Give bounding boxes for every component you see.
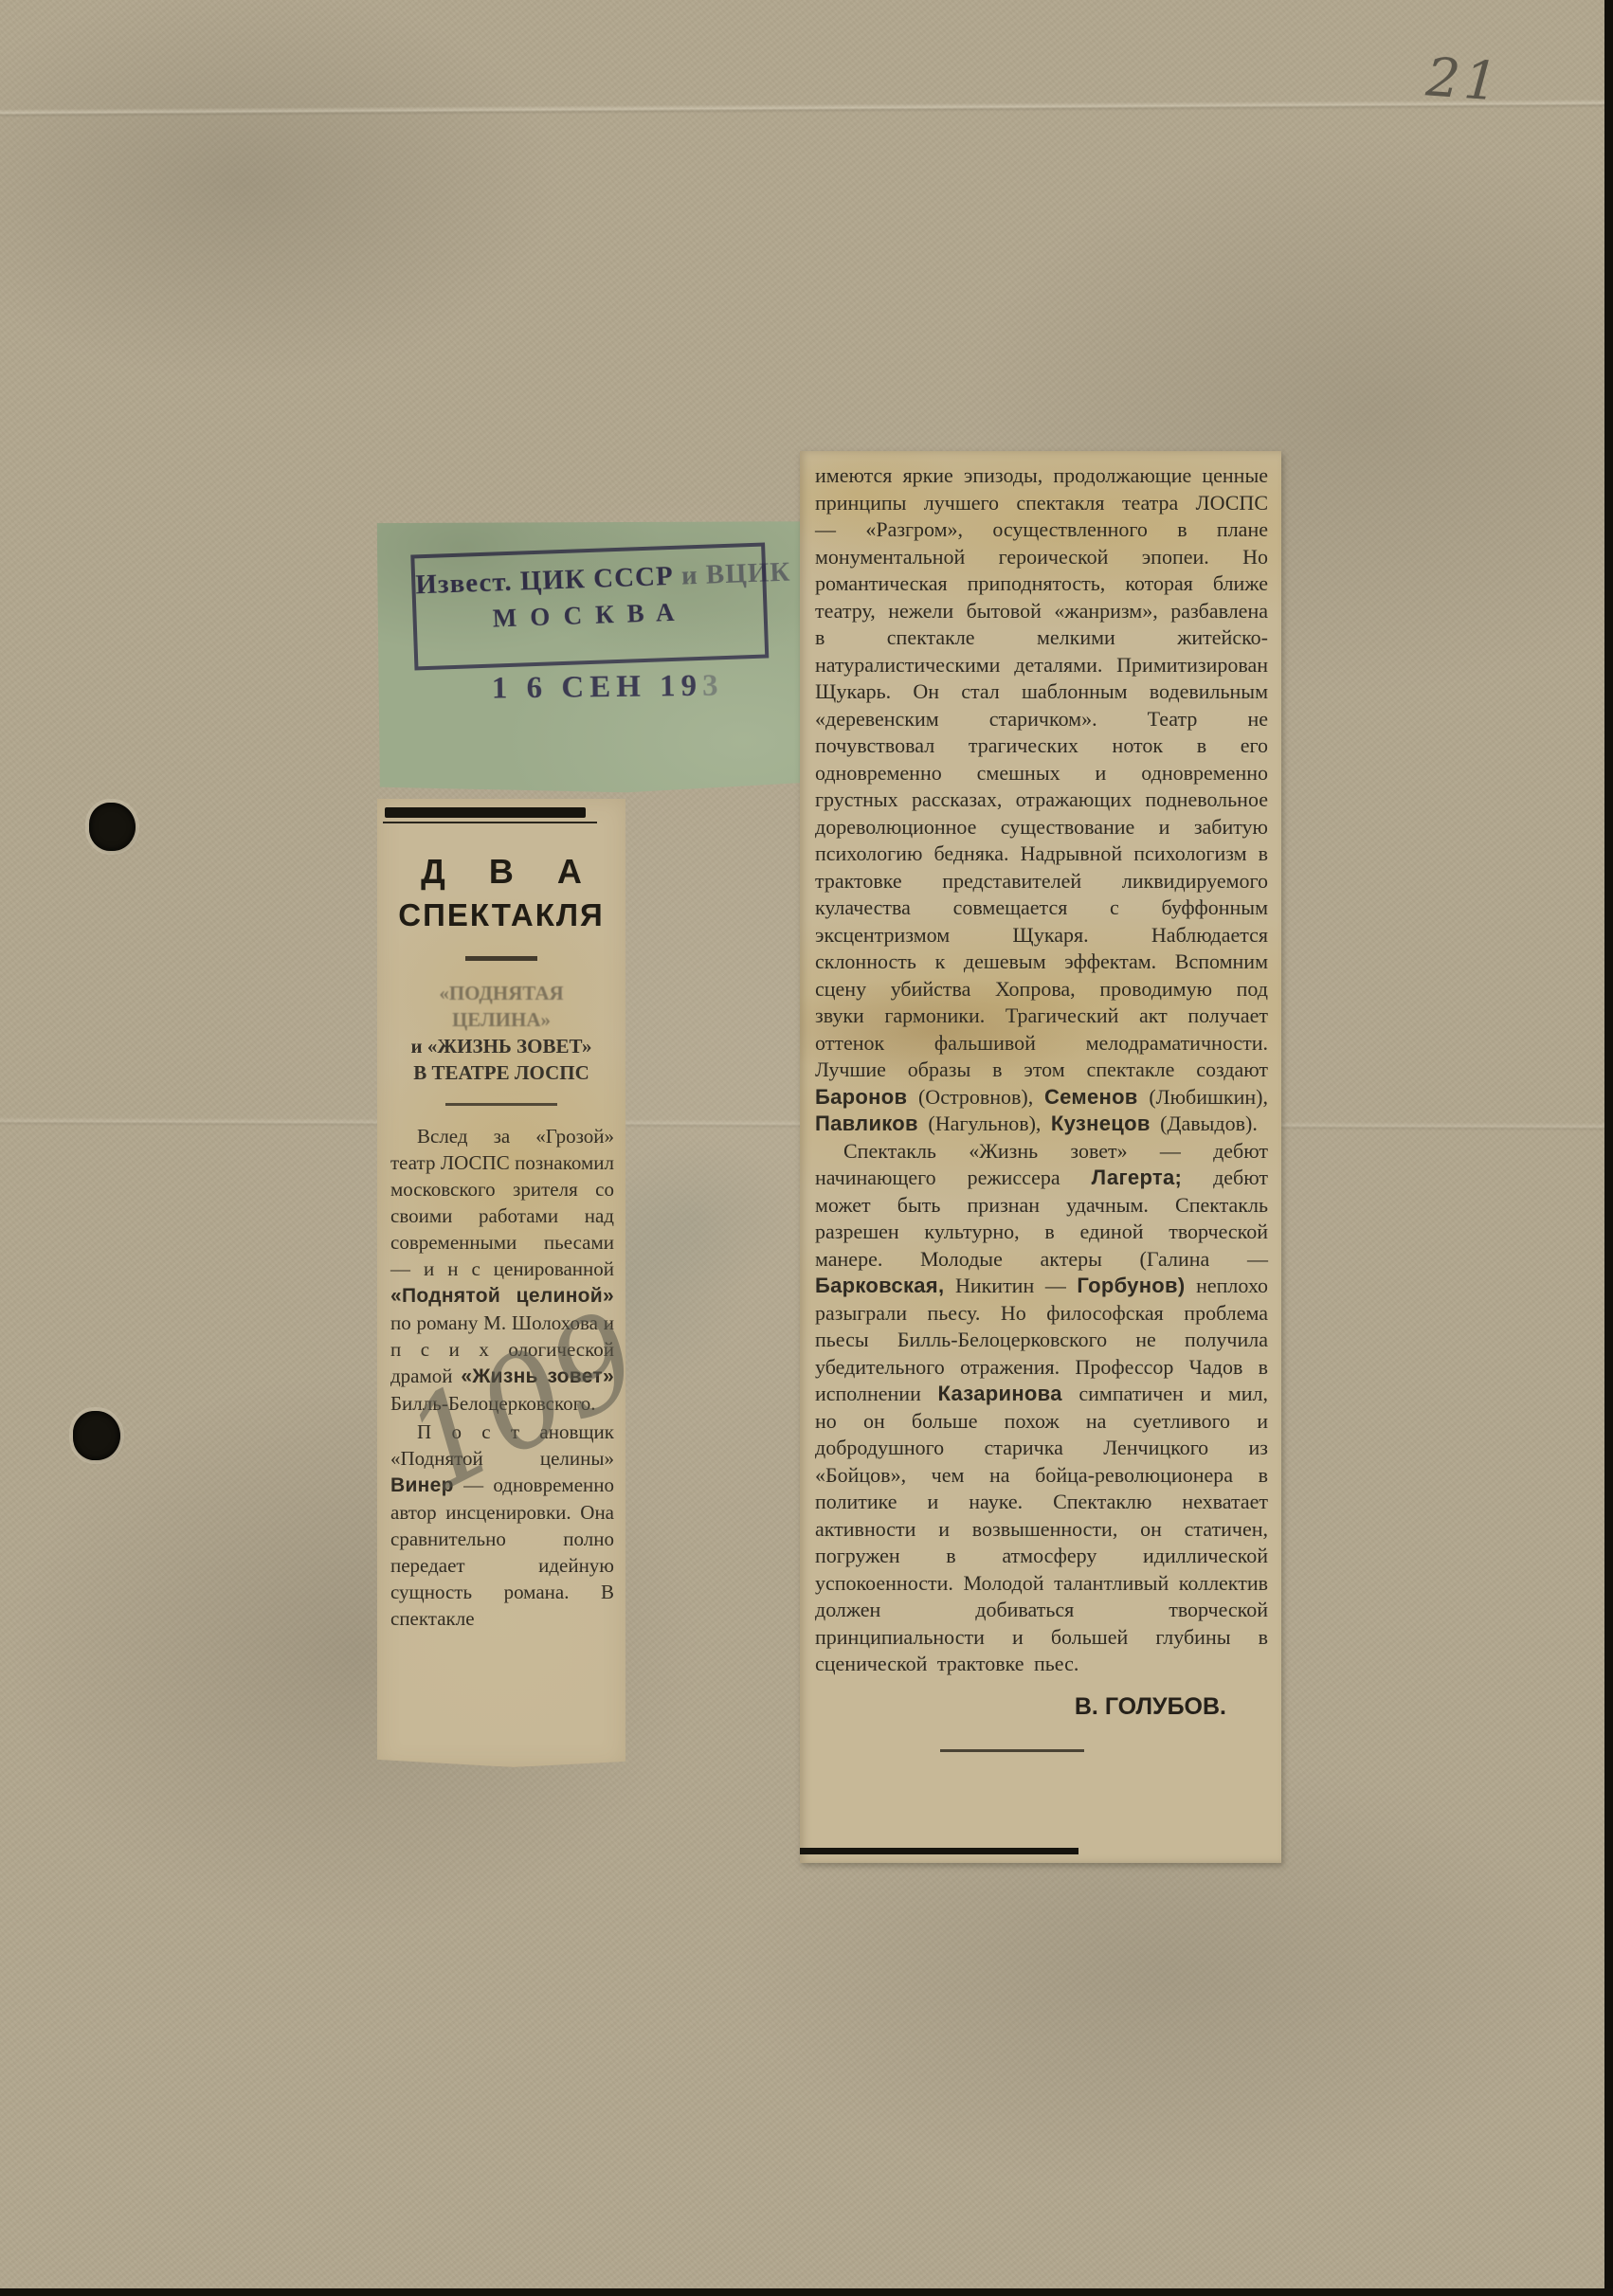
article-headline-line1: Д В А [377,852,625,892]
article-paragraph: имеются яркие эпизоды, продолжающие ценн… [815,462,1268,1138]
green-slip: Извест. ЦИК СССР и ВЦИК МОСКВА 1 6 СЕН 1… [375,519,809,796]
article-paragraph: П о с т ановщик «Поднятой целины» Винер … [390,1419,614,1632]
left-newspaper-clipping: Д В А СПЕКТАКЛЯ «ПОДНЯТАЯ ЦЕЛИНА» и «ЖИЗ… [377,799,625,1767]
stamp-date-visible: 1 6 СЕН 19 [492,669,703,706]
signature-divider [940,1749,1084,1752]
stamp-city: МОСКВА [416,595,764,637]
ink-stamp-box: Извест. ЦИК СССР и ВЦИК МОСКВА [410,542,769,670]
stamp-date-faint: 3 [702,669,724,703]
punch-hole [73,1411,120,1460]
stamp-org-name: Извест. ЦИК СССР [415,561,674,600]
scan-edge [0,2288,1613,2296]
subhead-divider [445,1103,557,1106]
stamp-text-line1: Извест. ЦИК СССР и ВЦИК [415,558,763,602]
clipping-top-rule [385,807,586,818]
scrapbook-page: 21 Извест. ЦИК СССР и ВЦИК МОСКВА 1 6 СЕ… [0,0,1613,2296]
article-subhead-line: «ПОДНЯТАЯ [377,980,625,1006]
clipping-top-rule-thin [383,822,597,823]
article-body: Вслед за «Грозой» театр ЛОСПС познакомил… [377,1119,625,1632]
article-author-signature: В. ГОЛУБОВ. [800,1693,1226,1721]
stamp-org-name-faint: и ВЦИК [680,557,790,591]
article-subhead-line: ЦЕЛИНА» [377,1006,625,1033]
article-paragraph: Вслед за «Грозой» театр ЛОСПС познакомил… [390,1123,614,1417]
headline-divider [465,956,537,961]
article-headline-line2: СПЕКТАКЛЯ [377,897,625,933]
punch-hole [89,803,136,851]
clipping-bottom-rule [800,1848,1078,1854]
article-subhead-line: В ТЕАТРЕ ЛОСПС [377,1059,625,1086]
handwritten-page-number: 21 [1424,46,1504,113]
right-newspaper-clipping: имеются яркие эпизоды, продолжающие ценн… [800,451,1281,1863]
article-body: имеются яркие эпизоды, продолжающие ценн… [800,451,1281,1678]
article-subhead-line: и «ЖИЗНЬ ЗОВЕТ» [377,1033,625,1059]
article-paragraph: Спектакль «Жизнь зовет» — дебют начинающ… [815,1138,1268,1678]
scan-edge [1604,0,1613,2296]
paper-crease [0,99,1613,118]
stamp-date: 1 6 СЕН 193 [492,669,724,707]
